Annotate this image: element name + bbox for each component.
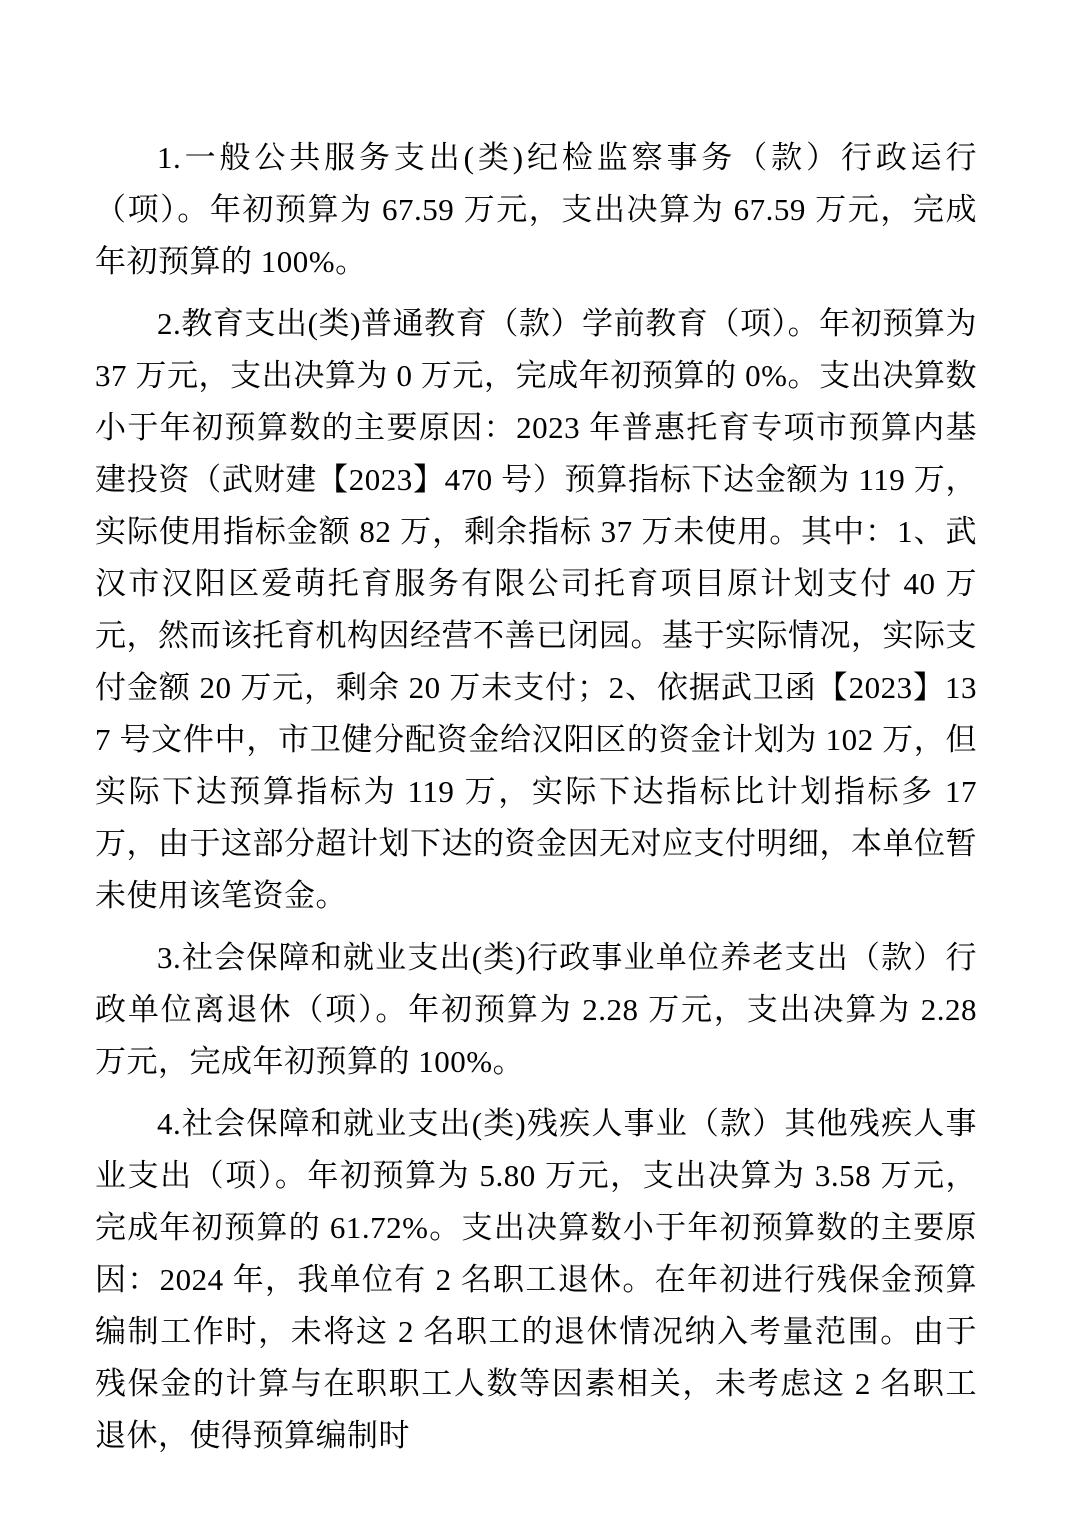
expenditure-item-2-paragraph: 2.教育支出(类)普通教育（款）学前教育（项）。年初预算为 37 万元，支出决算… (95, 298, 977, 922)
expenditure-item-3-paragraph: 3.社会保障和就业支出(类)行政事业单位养老支出（款）行政单位离退休（项）。年初… (95, 932, 977, 1088)
document-page: 1.一般公共服务支出(类)纪检监察事务（款）行政运行（项）。年初预算为 67.5… (0, 0, 1069, 1514)
expenditure-item-4-paragraph: 4.社会保障和就业支出(类)残疾人事业（款）其他残疾人事业支出（项）。年初预算为… (95, 1098, 977, 1462)
document-page-background: { "page": { "background_color": "#ffffff… (0, 0, 1069, 1514)
expenditure-item-1-paragraph: 1.一般公共服务支出(类)纪检监察事务（款）行政运行（项）。年初预算为 67.5… (95, 132, 977, 288)
